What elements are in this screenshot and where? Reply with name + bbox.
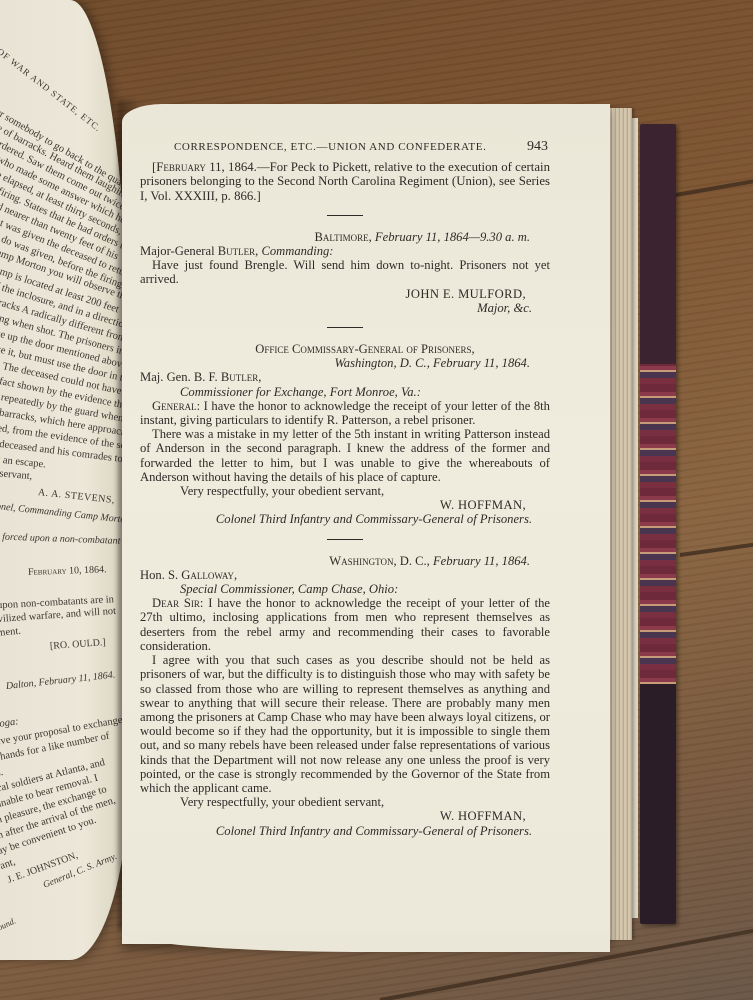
letter-hoffman-butler: Office Commissary-General of Prisoners, … — [140, 342, 550, 527]
section-divider — [327, 327, 363, 328]
addressee: Maj. Gen. B. F. Butler, — [140, 370, 550, 384]
addressee: Major-General Butler, Commanding: — [140, 244, 550, 258]
letter-mulford: Baltimore, February 11, 1864—9.30 a. m. … — [140, 230, 550, 315]
addressee: Hon. S. Galloway, — [140, 568, 550, 582]
addressee-name: Butler, — [221, 370, 262, 384]
dateline-date: February 11, 1864—9.30 a. m. — [375, 230, 530, 244]
addressee-prefix: Hon. S. — [140, 568, 178, 582]
addressee-prefix: Major-General — [140, 244, 215, 258]
letter-body: I agree with you that such cases as you … — [140, 653, 550, 795]
signer-title: Colonel Third Infantry and Commissary-Ge… — [140, 512, 532, 526]
left-dateline3: Dalton, February 11, 1864. — [5, 669, 116, 694]
left-dateline: February 10, 1864. — [28, 563, 107, 579]
letter-body: General: I have the honor to acknowledge… — [140, 399, 550, 427]
marbled-cover-edge — [640, 124, 676, 924]
floor-plank-seam — [680, 538, 753, 557]
dateline-date: February 11, 1864. — [433, 554, 530, 568]
dateline: Baltimore, February 11, 1864—9.30 a. m. — [140, 230, 530, 244]
running-head: CORRESPONDENCE, ETC.—UNION AND CONFEDERA… — [174, 140, 550, 154]
signer: W. HOFFMAN, — [140, 809, 526, 823]
signer: JOHN E. MULFORD, — [140, 287, 526, 301]
addressee-name: Galloway, — [181, 568, 237, 582]
letter-body: There was a mistake in my letter of the … — [140, 427, 550, 484]
section-divider — [327, 215, 363, 216]
note-date: February 11, 1864. — [156, 160, 257, 174]
closing: Very respectfully, your obedient servant… — [180, 795, 550, 809]
right-page-content: CORRESPONDENCE, ETC.—UNION AND CONFEDERA… — [140, 130, 550, 838]
addressee-prefix: Maj. Gen. B. F. — [140, 370, 218, 384]
dateline-place: Washington, D. C., — [329, 554, 430, 568]
left-page: OF WAR AND STATE, ETC. order somebody to… — [0, 0, 130, 960]
left-signer: A. A. STEVENS, — [37, 486, 115, 507]
signer-title: Major, &c. — [140, 301, 532, 315]
editorial-note: [February 11, 1864.—For Peck to Pickett,… — [140, 160, 550, 203]
addressee-title: Commissioner for Exchange, Fort Monroe, … — [180, 385, 550, 399]
addressee-name: Butler, — [218, 244, 259, 258]
salutation: General: — [152, 399, 200, 413]
dateline-place: Baltimore, — [315, 230, 372, 244]
section-divider — [327, 539, 363, 540]
left-signer2: [RO. OULD.] — [50, 636, 107, 653]
letter-hoffman-galloway: Washington, D. C., February 11, 1864. Ho… — [140, 554, 550, 838]
addressee-title: Special Commissioner, Camp Chase, Ohio: — [180, 582, 550, 596]
addressee-title: Commanding: — [261, 244, 333, 258]
office-heading: Office Commissary-General of Prisoners, — [180, 342, 550, 356]
letter-body: Dear Sir: I have the honor to acknowledg… — [140, 596, 550, 653]
left-line: anooga: — [0, 715, 20, 733]
paragraph: I have the honor to acknowledge the rece… — [140, 399, 550, 427]
left-footnote: not found. — [0, 915, 18, 941]
signer: W. HOFFMAN, — [140, 498, 526, 512]
left-parole-line: role forced upon a non-combatant — [0, 530, 121, 548]
signer-title: Colonel Third Infantry and Commissary-Ge… — [140, 824, 532, 838]
running-head-title: CORRESPONDENCE, ETC.—UNION AND CONFEDERA… — [174, 140, 486, 154]
salutation: Dear Sir: — [152, 596, 203, 610]
dateline: Washington, D. C., February 11, 1864. — [140, 554, 530, 568]
left-line: ernment. — [0, 625, 21, 641]
page-number: 943 — [527, 140, 548, 154]
letter-body: Have just found Brengle. Will send him d… — [140, 258, 550, 286]
floor-plank-seam — [670, 173, 753, 198]
closing: Very respectfully, your obedient servant… — [180, 484, 550, 498]
dateline: Washington, D. C., February 11, 1864. — [140, 356, 530, 370]
